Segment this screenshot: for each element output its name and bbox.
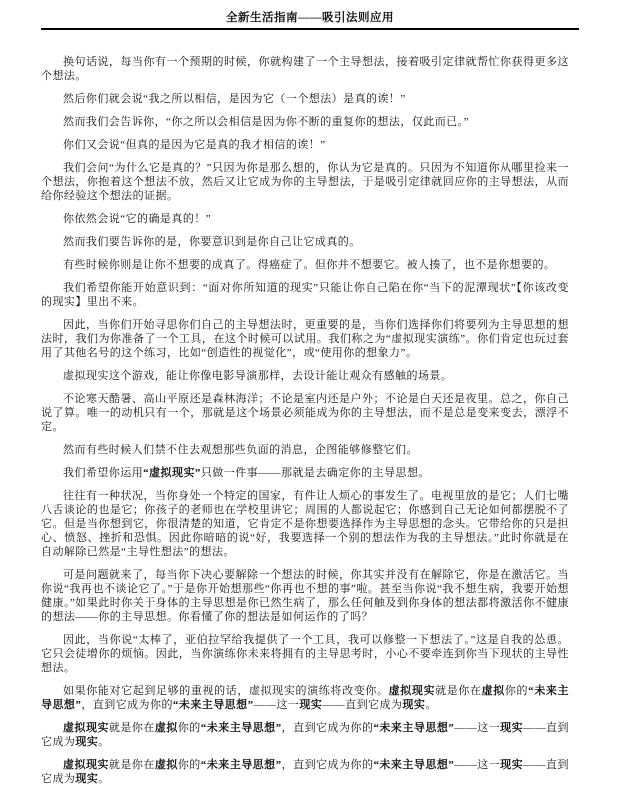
text-run: 只做一件事——那就是去确定你的主导思想。 [201,467,430,479]
text-run: 你们又会说“但真的是因为它是真的我才相信的诶！” [63,139,326,151]
text-run: ，直到它成为你的 [282,759,374,771]
text-run: ——这一 [254,699,300,711]
paragraph: 有些时候你则是让你不想要的成真了。得癌症了。但你并不想要它。被人揍了，也不是你想… [41,258,569,272]
text-run: ——这一 [454,722,500,734]
bold-text-run: “未来主导思想” [373,759,454,771]
text-run: 如果你能对它起到足够的重视的话，虚拟现实的演练将改变你。 [63,685,389,697]
text-run: 。 [98,773,109,785]
page-header-title: 全新生活指南——吸引法则应用 [0,0,620,25]
bold-text-run: “未来主导思想” [201,759,282,771]
text-run: 虚拟现实这个游戏，能让你像电影导演那样，去设计能让观众有感触的场景。 [63,370,452,382]
bold-text-run: 现实 [402,699,425,711]
bold-text-run: “未来主导思想” [373,722,454,734]
paragraph: 你依然会说“它的确是真的！” [41,212,569,226]
text-run: 往往有一种状况，当你身处一个特定的国家，有件让人烦心的事发生了。电视里放的是它；… [41,490,569,558]
text-run: 就是你在 [435,685,482,697]
paragraph: 我们希望你运用“虚拟现实”只做一件事——那就是去确定你的主导思想。 [41,466,569,480]
text-run: 可是问题就来了，每当你下决心要解除一个想法的时候，你其实并没有在解除它，你是在激… [41,569,569,623]
text-run: 。 [425,699,436,711]
paragraph: 虚拟现实就是你在虚拟你的“未来主导思想”，直到它成为你的“未来主导思想”——这一… [41,721,569,749]
paragraph: 因此，当你们开始寻思你们自己的主导想法时，更重要的是，当你们选择你们将要列为主导… [41,318,569,360]
bold-text-run: 虚拟 [482,685,505,697]
paragraph: 我们希望你能开始意识到：“面对你所知道的现实”只能让你自己陷在你“当下的泥潭现状… [41,281,569,309]
text-run: ——直到它成为 [322,699,402,711]
text-run: 因此，当你们开始寻思你们自己的主导想法时，更重要的是，当你们选择你们将要列为主导… [41,319,569,359]
text-run: 你的 [178,722,201,734]
bold-text-run: 虚拟 [155,722,178,734]
document-body: 换句话说，每当你有一个预期的时候，你就构建了一个主导想法，接着吸引定律就帮忙你获… [41,55,569,786]
text-run: 就是你在 [109,722,155,734]
text-run: 有些时候你则是让你不想要的成真了。得癌症了。但你并不想要它。被人揍了，也不是你想… [63,259,555,271]
text-run: 然后你们就会说“我之所以相信，是因为它（一个想法）是真的诶！” [63,93,406,105]
document-page: 全新生活指南——吸引法则应用 换句话说，每当你有一个预期的时候，你就构建了一个主… [0,0,620,791]
bold-text-run: 现实 [299,699,322,711]
text-run: ——这一 [454,759,500,771]
paragraph: 不论寒天酷暑、高山平原还是森林海洋；不论是室内还是户外；不论是白天还是夜里。总之… [41,392,569,434]
paragraph: 然而我们要告诉你的是，你要意识到是你自己让它成真的。 [41,235,569,249]
text-run: ，直到它成为你的 [81,699,173,711]
bold-text-run: 虚拟现实 [63,722,109,734]
bold-text-run: “未来主导思想” [201,722,282,734]
text-run: 你的 [178,759,201,771]
paragraph: 可是问题就来了，每当你下决心要解除一个想法的时候，你其实并没有在解除它，你是在激… [41,568,569,624]
text-run: 然而我们会告诉你，“你之所以会相信是因为你不断的重复你的想法，仅此而已。” [63,116,469,128]
paragraph: 然后你们就会说“我之所以相信，是因为它（一个想法）是真的诶！” [41,92,569,106]
bold-text-run: 虚拟现实 [63,759,109,771]
text-run: 你的 [505,685,528,697]
bold-text-run: 现实 [75,773,98,785]
paragraph: 因此，当你说“太棒了，亚伯拉罕给我提供了一个工具，我可以修整一下想法了。”这是自… [41,633,569,675]
paragraph: 你们又会说“但真的是因为它是真的我才相信的诶！” [41,138,569,152]
bold-text-run: 虚拟 [155,759,178,771]
paragraph: 虚拟现实这个游戏，能让你像电影导演那样，去设计能让观众有感触的场景。 [41,369,569,383]
paragraph: 然而有些时候人们禁不住去观想那些负面的消息，企图能够修整它们。 [41,443,569,457]
text-run: 我们希望你运用 [63,467,143,479]
text-run: 。 [98,736,109,748]
bold-text-run: 虚拟现实 [389,685,436,697]
bold-text-run: 现实 [75,736,98,748]
text-run: 就是你在 [109,759,155,771]
bold-text-run: “虚拟现实” [143,467,201,479]
text-run: 然而我们要告诉你的是，你要意识到是你自己让它成真的。 [63,236,361,248]
bold-text-run: 现实 [500,722,523,734]
paragraph: 我们会问“为什么它是真的？”只因为你是那么想的，你认为它是真的。只因为不知道你从… [41,161,569,203]
paragraph: 然而我们会告诉你，“你之所以会相信是因为你不断的重复你的想法，仅此而已。” [41,115,569,129]
text-run: 然而有些时候人们禁不住去观想那些负面的消息，企图能够修整它们。 [63,444,418,456]
text-run: ，直到它成为你的 [282,722,374,734]
bold-text-run: 现实 [500,759,523,771]
text-run: 换句话说，每当你有一个预期的时候，你就构建了一个主导想法，接着吸引定律就帮忙你获… [41,56,569,82]
paragraph: 往往有一种状况，当你身处一个特定的国家，有件让人烦心的事发生了。电视里放的是它；… [41,489,569,559]
text-run: 我们希望你能开始意识到：“面对你所知道的现实”只能让你自己陷在你“当下的泥潭现状… [41,282,569,308]
bold-text-run: “未来主导思想” [173,699,254,711]
text-run: 因此，当你说“太棒了，亚伯拉罕给我提供了一个工具，我可以修整一下想法了。”这是自… [41,634,569,674]
text-run: 不论寒天酷暑、高山平原还是森林海洋；不论是室内还是户外；不论是白天还是夜里。总之… [41,393,569,433]
paragraph: 虚拟现实就是你在虚拟你的“未来主导思想”，直到它成为你的“未来主导思想”——这一… [41,758,569,786]
text-run: 我们会问“为什么它是真的？”只因为你是那么想的，你认为它是真的。只因为不知道你从… [41,162,569,202]
paragraph: 如果你能对它起到足够的重视的话，虚拟现实的演练将改变你。虚拟现实就是你在虚拟你的… [41,684,569,712]
paragraph: 换句话说，每当你有一个预期的时候，你就构建了一个主导想法，接着吸引定律就帮忙你获… [41,55,569,83]
header-divider [41,28,579,30]
text-run: 你依然会说“它的确是真的！” [63,213,211,225]
